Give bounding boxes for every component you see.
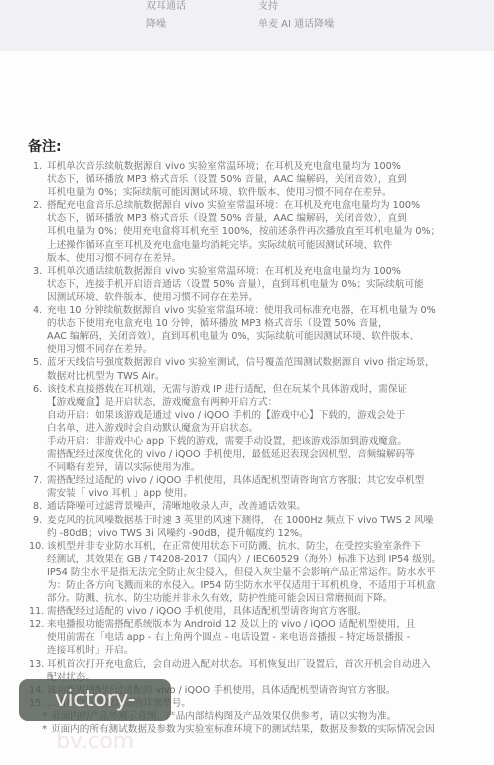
note-line: 【游戏魔盒】是开启状态，游戏魔盒有两种开启方式： <box>47 396 483 409</box>
note-item: 3.耳机单次通话续航数据源自 vivo 实验室常温环境：在耳机及充电盒电量均为 … <box>33 265 483 304</box>
note-line: IP54 防尘水平是指无法完全防止灰尘侵入，但侵入灰尘量不会影响产品正常运作。防… <box>47 566 483 579</box>
footnote-marker: * <box>33 723 51 736</box>
note-number: 5. <box>33 356 47 382</box>
note-item: 8.通话降噪可过滤背景噪声，清晰地收录人声，改善通话效果。 <box>33 500 483 513</box>
note-line: 耳机单次音乐续航数据源自 vivo 实验室常温环境；在耳机及充电盒电量均为 10… <box>47 160 483 173</box>
note-text: 充电 10 分钟续航数据源自 vivo 实验室常温环境：使用我司标准充电器，在耳… <box>47 304 483 356</box>
note-line: 状态下，循环播放 MP3 格式音乐（设置 50% 音量，AAC 编解码，关闭音效… <box>47 212 483 225</box>
note-line: 充电 10 分钟续航数据源自 vivo 实验室常温环境：使用我司标准充电器，在耳… <box>47 304 483 317</box>
note-line: 上述操作循环直至耳机及充电盒电量均消耗完毕。实际续航可能因测试环境、软件 <box>47 239 483 252</box>
note-text: 麦克风的抗风噪数据基于时速 3 英里的风速下测得， 在 1000Hz 频点下 v… <box>47 514 483 540</box>
note-line: 连接耳机时」开启。 <box>47 644 483 657</box>
note-line: 为：防止各方向飞溅而来的水侵入。IP54 防尘防水水平仅适用于耳机机身，不适用于… <box>47 579 483 592</box>
note-item: 9.麦克风的抗风噪数据基于时速 3 英里的风速下测得， 在 1000Hz 频点下… <box>33 514 483 540</box>
note-text: 需搭配经过适配的 vivo / iQOO 手机使用，具体适配机型请咨询官方客服。 <box>47 605 483 618</box>
spec-value: 支持 <box>258 0 278 12</box>
spec-label: 降噪 <box>146 15 166 30</box>
note-line: 手动开启：非游戏中心 app 下载的游戏，需要手动设置，把该游戏添加到游戏魔盒。 <box>47 435 483 448</box>
note-line: 版本、使用习惯不同存在差异。 <box>47 252 483 265</box>
note-line: 约 -80dB；vivo TWS 3i 风噪约 -90dB，提升幅度约 12%。 <box>47 527 483 540</box>
note-line: 自动开启：如果该游戏是通过 vivo / iQOO 手机的【游戏中心】下载的，游… <box>47 409 483 422</box>
note-number: 11. <box>29 605 47 618</box>
note-item: 11.需搭配经过适配的 vivo / iQOO 手机使用，具体适配机型请咨询官方… <box>33 605 483 618</box>
note-item: 12.来电播报功能需搭配系统版本为 Android 12 及以上的 vivo /… <box>33 618 483 657</box>
note-line: 部分。防溅、抗水、防尘功能并非永久有效，防护性能可能会因日常磨损而下降。 <box>47 592 483 605</box>
note-item: 5.蓝牙天线信号强度数据源自 vivo 实验室测试，信号覆盖范围测试数据源自 v… <box>33 356 483 382</box>
note-item: 7.需搭配经过适配的 vivo / iQOO 手机使用，具体适配机型请咨询官方客… <box>33 474 483 500</box>
note-text: 搭配充电盒音乐总续航数据源自 vivo 实验室常温环境：在耳机及充电盒电量均为 … <box>47 199 483 264</box>
note-line: 通话降噪可过滤背景噪声，清晰地收录人声，改善通话效果。 <box>47 500 483 513</box>
note-item: 10.该机型并非专业防水耳机，在正常使用状态下可防溅、抗水、防尘，在受控实验室条… <box>33 540 483 605</box>
note-line: 耳机首次打开充电盒后，会自动进入配对状态。耳机恢复出厂设置后，首次开机会自动进入 <box>47 658 483 671</box>
note-number: 9. <box>33 514 47 540</box>
note-line: 需安装「 vivo 耳机 」app 使用。 <box>47 487 483 500</box>
note-line: 的状态下使用充电盒充电 10 分钟，循环播放 MP3 格式音乐（设置 50% 音… <box>47 317 483 330</box>
note-line: 因测试环境、软件版本、使用习惯不同存在差异。 <box>47 291 483 304</box>
note-line: 耳机电量为 0%；使用充电盒将耳机充至 100%，按前述条件再次播放直至耳机电量… <box>47 225 483 238</box>
note-line: 使用习惯不同存在差异。 <box>47 343 483 356</box>
note-line: 白名单，进入游戏时会自动默认魔盒为开启状态。 <box>47 422 483 435</box>
note-number: 2. <box>33 199 47 264</box>
note-line: 耳机电量为 0%；实际续航可能因测试环境、软件版本、使用习惯不同存在差异。 <box>47 186 483 199</box>
note-line: 需搭配经过适配的 vivo / iQOO 手机使用，具体适配机型请咨询官方客服。 <box>47 605 483 618</box>
note-text: 该技术直接搭载在耳机端，无需与游戏 IP 进行适配，但在玩某个具体游戏时，需保证… <box>47 383 483 475</box>
spec-table: 双耳通话 支持 降噪 单麦 AI 通话降噪 <box>0 0 494 51</box>
note-line: 麦克风的抗风噪数据基于时速 3 英里的风速下测得， 在 1000Hz 频点下 v… <box>47 514 483 527</box>
note-line: AAC 编解码，关闭音效），直到耳机电量为 0%，实际续航可能因测试环境、软件版… <box>47 330 483 343</box>
note-number: 1. <box>33 160 47 199</box>
note-text: 通话降噪可过滤背景噪声，清晰地收录人声，改善通话效果。 <box>47 500 483 513</box>
note-number: 3. <box>33 265 47 304</box>
note-line: 耳机单次通话续航数据源自 vivo 实验室常温环境：在耳机及充电盒电量均为 10… <box>47 265 483 278</box>
note-line: 蓝牙天线信号强度数据源自 vivo 实验室测试，信号覆盖范围测试数据源自 viv… <box>47 356 483 369</box>
note-line: 状态下，连接手机开启语音通话（设置 50% 音量），直到耳机电量为 0%；实际续… <box>47 278 483 291</box>
spec-label: 双耳通话 <box>146 0 186 12</box>
note-number: 8. <box>33 500 47 513</box>
note-text: 来电播报功能需搭配系统版本为 Android 12 及以上的 vivo / iQ… <box>47 618 483 657</box>
note-text: 该机型并非专业防水耳机，在正常使用状态下可防溅、抗水、防尘，在受控实验室条件下经… <box>47 540 483 605</box>
watermark: victory-bv.com <box>19 679 171 721</box>
notes-title: 备注: <box>28 136 62 156</box>
note-line: 来电播报功能需搭配系统版本为 Android 12 及以上的 vivo / iQ… <box>47 618 483 631</box>
note-text: 耳机单次音乐续航数据源自 vivo 实验室常温环境；在耳机及充电盒电量均为 10… <box>47 160 483 199</box>
note-line: 搭配充电盒音乐总续航数据源自 vivo 实验室常温环境：在耳机及充电盒电量均为 … <box>47 199 483 212</box>
note-line: 数据对比机型为 TWS Air。 <box>47 370 483 383</box>
note-item: 1.耳机单次音乐续航数据源自 vivo 实验室常温环境；在耳机及充电盒电量均为 … <box>33 160 483 199</box>
note-line: 需搭配经过适配的 vivo / iQOO 手机使用，具体适配机型请咨询官方客服；… <box>47 474 483 487</box>
note-line: 使用前需在「电话 app - 右上角两个圆点 - 电话设置 - 来电语音播报 -… <box>47 631 483 644</box>
note-number: 6. <box>33 383 47 475</box>
note-line: 该机型并非专业防水耳机，在正常使用状态下可防溅、抗水、防尘，在受控实验室条件下 <box>47 540 483 553</box>
note-line: 该技术直接搭载在耳机端，无需与游戏 IP 进行适配，但在玩某个具体游戏时，需保证 <box>47 383 483 396</box>
note-line: 不同略有差异，请以实际使用为准。 <box>47 461 483 474</box>
note-item: 6.该技术直接搭载在耳机端，无需与游戏 IP 进行适配，但在玩某个具体游戏时，需… <box>33 383 483 475</box>
notes-list: 1.耳机单次音乐续航数据源自 vivo 实验室常温环境；在耳机及充电盒电量均为 … <box>33 160 483 736</box>
note-line: 需搭配经过深度优化的 vivo / iQOO 手机使用，最低延迟表现会因机型、音… <box>47 448 483 461</box>
note-number: 7. <box>33 474 47 500</box>
note-text: 耳机单次通话续航数据源自 vivo 实验室常温环境：在耳机及充电盒电量均为 10… <box>47 265 483 304</box>
note-number: 4. <box>33 304 47 356</box>
spec-value: 单麦 AI 通话降噪 <box>258 15 334 30</box>
note-text: 蓝牙天线信号强度数据源自 vivo 实验室测试，信号覆盖范围测试数据源自 viv… <box>47 356 483 382</box>
note-line: 状态下，循环播放 MP3 格式音乐（设置 50% 音量，AAC 编解码，关闭音效… <box>47 173 483 186</box>
note-line: 经测试，其效果在 GB / T4208-2017（国内）/ IEC60529（海… <box>47 553 483 566</box>
note-number: 10. <box>29 540 47 605</box>
note-text: 需搭配经过适配的 vivo / iQOO 手机使用，具体适配机型请咨询官方客服；… <box>47 474 483 500</box>
note-number: 12. <box>29 618 47 657</box>
note-item: 2.搭配充电盒音乐总续航数据源自 vivo 实验室常温环境：在耳机及充电盒电量均… <box>33 199 483 264</box>
note-item: 4.充电 10 分钟续航数据源自 vivo 实验室常温环境：使用我司标准充电器，… <box>33 304 483 356</box>
